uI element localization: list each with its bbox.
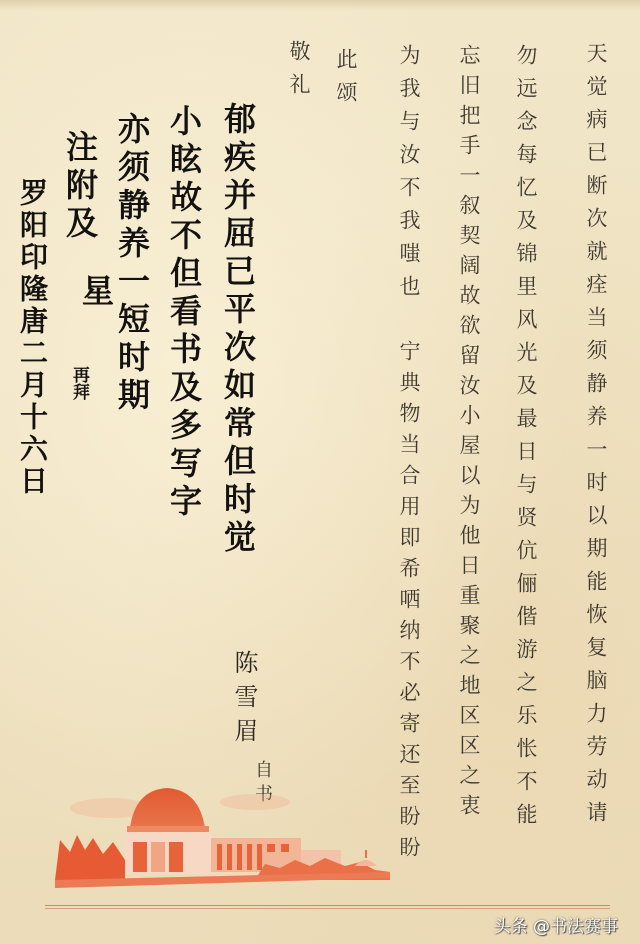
- letter-page: 天觉病已断次就痊当须静养一时以期能恢复脑力劳动请 勿远念每忆及锦里风光及最日与贤…: [0, 0, 640, 944]
- letter-column-4: 为我与汝不我嗤也: [398, 44, 419, 308]
- letter-column-3: 忘旧把手一叙契阔故欲留汝小屋以为他日重聚之地区区之衷: [458, 44, 479, 824]
- letter-column-1: 天觉病已断次就痊当须静养一时以期能恢复脑力劳动请: [585, 42, 606, 834]
- closing-greeting: 此颂: [335, 48, 356, 114]
- letterhead-rule-bottom: [45, 908, 610, 909]
- letterhead-rule-top: [45, 905, 610, 906]
- watermark-text: 头条 @书法赛事: [494, 912, 618, 937]
- signature: 陈雪眉: [232, 650, 256, 752]
- postscript-column-1: 郁疾并屈已平次如常但时觉: [222, 102, 254, 558]
- paper-top-edge: [0, 0, 640, 10]
- letter-column-5: 宁典物当合用即希哂纳不必寄还至盼盼: [398, 340, 419, 867]
- postscript-date: 罗阳印隆唐二月十六日: [18, 178, 46, 498]
- postscript-sender: 星: [80, 274, 112, 312]
- postscript-column-4: 注附及: [64, 130, 96, 244]
- postscript-column-3: 亦须静养一短时期: [116, 112, 148, 416]
- postscript-column-2: 小眩故不但看书及多写字: [168, 104, 200, 522]
- letter-column-2: 勿远念每忆及锦里风光及最日与贤伉俪偕游之乐怅不能: [515, 44, 536, 836]
- closing-salute: 敬礼: [288, 40, 309, 106]
- postscript-note: 再拜: [70, 366, 87, 400]
- letterhead-building-illustration: [55, 780, 395, 890]
